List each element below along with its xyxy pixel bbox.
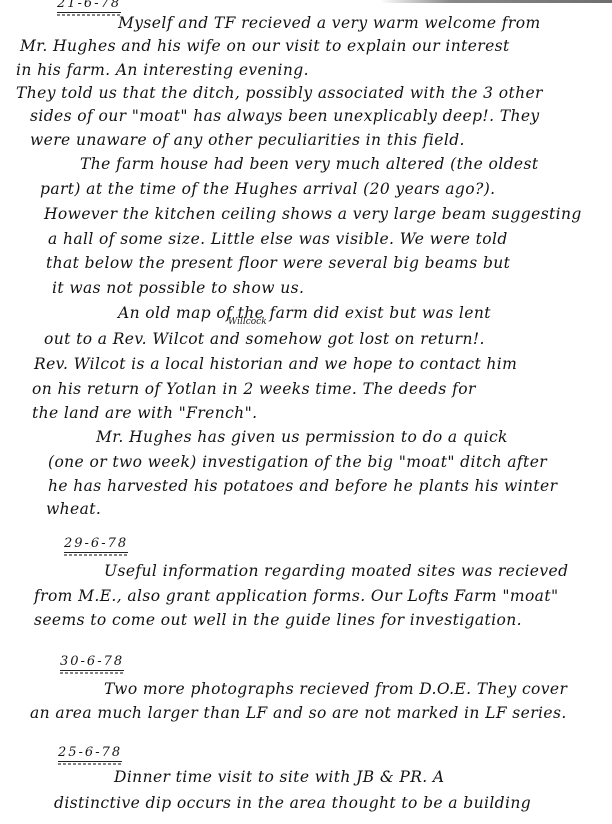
entry-line: an area much larger than LF and so are n… <box>30 704 567 722</box>
entry-line: sides of our "moat" has always been unex… <box>30 107 540 125</box>
entry-line: it was not possible to show us. <box>52 279 304 297</box>
entry-date: 30-6-78 <box>60 655 124 671</box>
entry-line: Mr. Hughes has given us permission to do… <box>96 428 508 446</box>
entry-line: Mr. Hughes and his wife on our visit to … <box>20 37 510 55</box>
entry-line: he has harvested his potatoes and before… <box>48 477 557 495</box>
entry-line: The farm house had been very much altere… <box>80 155 538 173</box>
entry-date: 25-6-78 <box>58 746 122 762</box>
entry-line: Myself and TF recieved a very warm welco… <box>118 14 541 32</box>
entry-line: seems to come out well in the guide line… <box>34 611 522 629</box>
entry-line: that below the present floor were severa… <box>46 254 510 272</box>
entry-date: 21-6-78 <box>57 0 121 13</box>
entry-line: on his return of Yotlan in 2 weeks time.… <box>32 380 476 398</box>
entry-line: An old map of the farm did exist but was… <box>118 304 491 322</box>
entry-line: distinctive dip occurs in the area thoug… <box>54 794 531 812</box>
entry-date: 29-6-78 <box>64 537 128 553</box>
scan-edge-shadow <box>380 0 612 3</box>
entry-line: a hall of some size. Little else was vis… <box>48 230 508 248</box>
entry-line: However the kitchen ceiling shows a very… <box>44 205 582 223</box>
entry-line: (one or two week) investigation of the b… <box>48 453 547 471</box>
entry-line: part) at the time of the Hughes arrival … <box>40 180 495 198</box>
entry-line: from M.E., also grant application forms.… <box>34 587 559 605</box>
entry-line: out to a Rev. Wilcot and somehow got los… <box>44 330 485 348</box>
entry-line: Useful information regarding moated site… <box>104 562 568 580</box>
entry-line: Two more photographs recieved from D.O.E… <box>104 680 567 698</box>
entry-line: They told us that the ditch, possibly as… <box>16 84 543 102</box>
entry-line: wheat. <box>46 500 101 518</box>
entry-line: in his farm. An interesting evening. <box>16 61 309 79</box>
entry-line: Dinner time visit to site with JB & PR. … <box>114 768 445 786</box>
entry-line: Rev. Wilcot is a local historian and we … <box>34 355 517 373</box>
entry-line: were unaware of any other peculiarities … <box>30 131 465 149</box>
entry-line: the land are with "French". <box>32 404 257 422</box>
margin-annotation: Willcock <box>228 317 267 327</box>
diary-page: 21-6-78 Myself and TF recieved a very wa… <box>0 0 612 824</box>
